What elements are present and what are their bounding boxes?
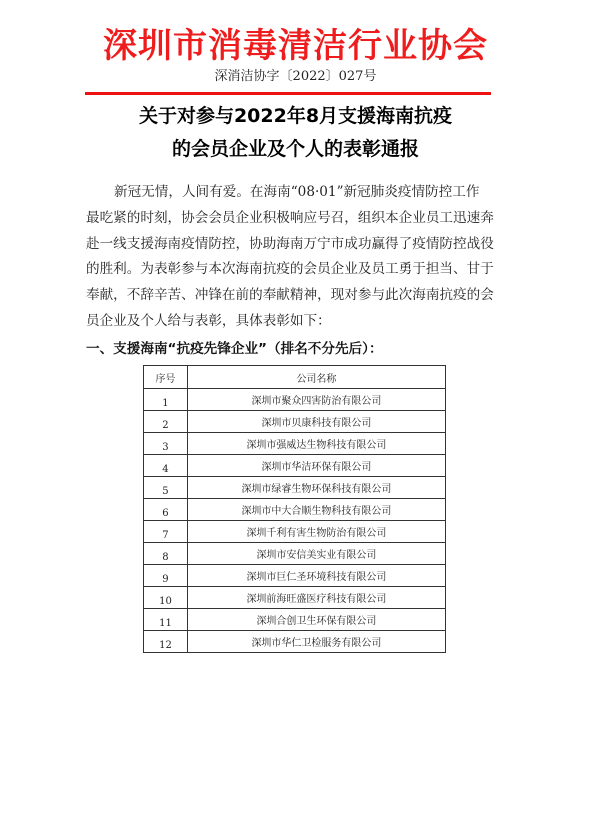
body-line: 赴一线支援海南疫情防控，协助海南万宁市成功赢得了疫情防控战役 (86, 232, 506, 258)
table-row: 9 深圳市巨仁圣环境科技有限公司 (144, 565, 446, 587)
column-header-company: 公司名称 (187, 366, 445, 389)
company-name: 深圳市华洁环保有限公司 (187, 455, 445, 477)
company-name: 深圳市绿睿生物环保科技有限公司 (187, 477, 445, 499)
row-number: 7 (144, 521, 188, 543)
company-name: 深圳市贝康科技有限公司 (187, 411, 445, 433)
table-row: 1 深圳市聚众四害防治有限公司 (144, 389, 446, 411)
document-title-line-1: 关于对参与2022年8月支援海南抗疫 (0, 103, 591, 129)
row-number: 9 (144, 565, 188, 587)
company-name: 深圳千利有害生物防治有限公司 (187, 521, 445, 543)
row-number: 5 (144, 477, 188, 499)
table-row: 4 深圳市华洁环保有限公司 (144, 455, 446, 477)
red-header-rule (85, 92, 491, 95)
body-line: 奉献，不辞辛苦、冲锋在前的奉献精神，现对参与此次海南抗疫的会 (86, 283, 506, 309)
row-number: 8 (144, 543, 188, 565)
document-title-line-2: 的会员企业及个人的表彰通报 (0, 136, 591, 162)
table-row: 7 深圳千利有害生物防治有限公司 (144, 521, 446, 543)
table-row: 6 深圳市中大合顺生物科技有限公司 (144, 499, 446, 521)
company-name: 深圳市安信美实业有限公司 (187, 543, 445, 565)
table-row: 10 深圳前海旺盛医疗科技有限公司 (144, 587, 446, 609)
company-name: 深圳前海旺盛医疗科技有限公司 (187, 587, 445, 609)
row-number: 3 (144, 433, 188, 455)
body-line: 最吃紧的时刻，协会会员企业积极响应号召，组织本企业员工迅速奔 (86, 206, 506, 232)
table-row: 2 深圳市贝康科技有限公司 (144, 411, 446, 433)
document-number: 深消洁协字〔2022〕027号 (0, 68, 591, 86)
company-name: 深圳合创卫生环保有限公司 (187, 609, 445, 631)
table-row: 8 深圳市安信美实业有限公司 (144, 543, 446, 565)
table-row: 5 深圳市绿睿生物环保科技有限公司 (144, 477, 446, 499)
row-number: 6 (144, 499, 188, 521)
company-name: 深圳市中大合顺生物科技有限公司 (187, 499, 445, 521)
company-name: 深圳市华仁卫检服务有限公司 (187, 631, 445, 653)
organization-title: 深圳市消毒清洁行业协会 (0, 24, 591, 68)
table-header-row: 序号 公司名称 (144, 366, 446, 389)
company-name: 深圳市强威达生物科技有限公司 (187, 433, 445, 455)
row-number: 4 (144, 455, 188, 477)
table-row: 11 深圳合创卫生环保有限公司 (144, 609, 446, 631)
award-enterprises-table: 序号 公司名称 1 深圳市聚众四害防治有限公司 2 深圳市贝康科技有限公司 3 … (143, 365, 446, 653)
column-header-number: 序号 (144, 366, 188, 389)
row-number: 10 (144, 587, 188, 609)
company-name: 深圳市巨仁圣环境科技有限公司 (187, 565, 445, 587)
table-row: 12 深圳市华仁卫检服务有限公司 (144, 631, 446, 653)
row-number: 1 (144, 389, 188, 411)
row-number: 2 (144, 411, 188, 433)
body-line: 新冠无情，人间有爱。在海南“08·01”新冠肺炎疫情防控工作 (86, 180, 506, 206)
body-line: 员企业及个人给与表彰，具体表彰如下： (86, 309, 506, 335)
body-line: 的胜利。为表彰参与本次海南抗疫的会员企业及员工勇于担当、甘于 (86, 257, 506, 283)
row-number: 11 (144, 609, 188, 631)
company-name: 深圳市聚众四害防治有限公司 (187, 389, 445, 411)
section-heading-vanguard-enterprises: 一、支援海南“抗疫先锋企业”（排名不分先后）： (86, 337, 383, 357)
row-number: 12 (144, 631, 188, 653)
body-paragraph: 新冠无情，人间有爱。在海南“08·01”新冠肺炎疫情防控工作 最吃紧的时刻，协会… (86, 180, 506, 335)
table-row: 3 深圳市强威达生物科技有限公司 (144, 433, 446, 455)
